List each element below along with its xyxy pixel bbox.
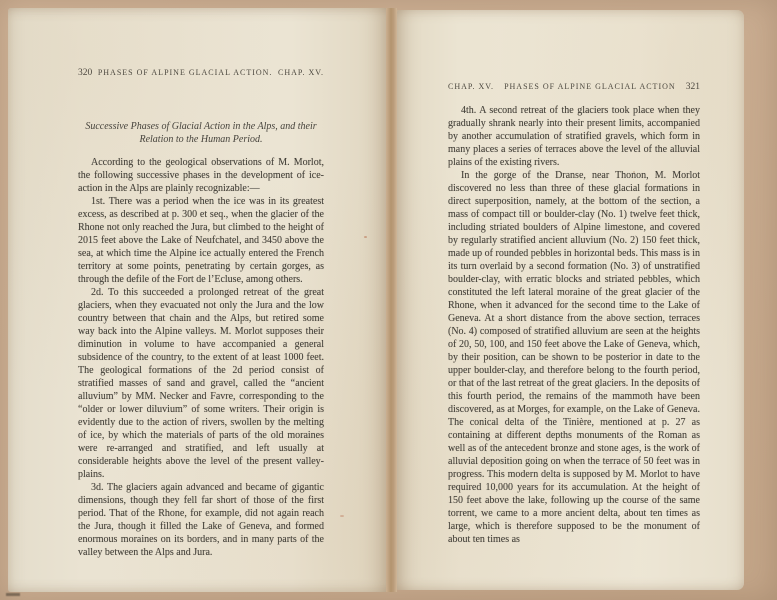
paragraph: According to the geological observations… <box>78 156 324 195</box>
right-chapter-label: CHAP. XV. <box>448 82 494 91</box>
left-running-head: 320 PHASES OF ALPINE GLACIAL ACTION. CHA… <box>78 68 324 78</box>
right-running-title: PHASES OF ALPINE GLACIAL ACTION <box>504 82 676 91</box>
left-running-title: PHASES OF ALPINE GLACIAL ACTION. <box>98 68 273 77</box>
book-gutter <box>386 8 397 592</box>
paragraph: 1st. There was a period when the ice was… <box>78 195 324 286</box>
left-page-number: 320 <box>78 68 92 78</box>
left-page-content: 320 PHASES OF ALPINE GLACIAL ACTION. CHA… <box>78 68 324 559</box>
left-body-text: According to the geological observations… <box>78 156 324 559</box>
paragraph: 2d. To this succeeded a prolonged retrea… <box>78 286 324 481</box>
paragraph: 3d. The glaciers again advanced and beca… <box>78 481 324 559</box>
left-page: 320 PHASES OF ALPINE GLACIAL ACTION. CHA… <box>8 8 386 592</box>
right-running-head: CHAP. XV. PHASES OF ALPINE GLACIAL ACTIO… <box>448 82 700 92</box>
left-chapter-label: CHAP. XV. <box>278 68 324 77</box>
paragraph: In the gorge of the Dranse, near Thonon,… <box>448 169 700 546</box>
right-body-text: 4th. A second retreat of the glaciers to… <box>448 104 700 546</box>
book-spread: 320 PHASES OF ALPINE GLACIAL ACTION. CHA… <box>0 0 777 600</box>
section-heading: Successive Phases of Glacial Action in t… <box>78 120 324 146</box>
section-heading-line-2: Relation to the Human Period. <box>78 133 324 146</box>
paragraph: 4th. A second retreat of the glaciers to… <box>448 104 700 169</box>
shelf-mark-smudge <box>6 593 20 596</box>
section-heading-line-1: Successive Phases of Glacial Action in t… <box>78 120 324 133</box>
right-page-content: CHAP. XV. PHASES OF ALPINE GLACIAL ACTIO… <box>448 82 700 546</box>
right-page-number: 321 <box>686 82 700 92</box>
right-page: CHAP. XV. PHASES OF ALPINE GLACIAL ACTIO… <box>397 10 744 590</box>
